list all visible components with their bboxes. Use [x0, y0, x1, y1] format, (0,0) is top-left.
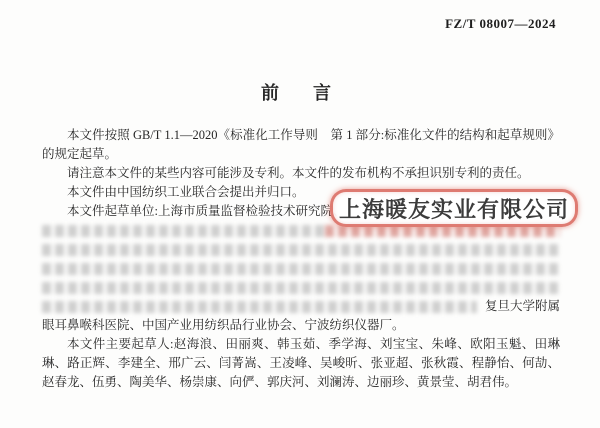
- redacted-line: [42, 240, 560, 259]
- paragraph-main-drafters: 本文件主要起草人:赵海浪、田丽爽、韩玉茹、季学海、刘宝宝、朱峰、欧阳玉魁、田琳琳…: [42, 335, 560, 392]
- redacted-text-strip: [42, 225, 325, 237]
- page-title-foreword: 前 言: [0, 79, 600, 105]
- redacted-text-strip: [42, 301, 477, 313]
- paragraph-drafting-units-end: 眼耳鼻喉科医院、中国产业用纺织品行业协会、宁波纺织仪器厂。: [42, 316, 560, 335]
- redacted-line: [42, 278, 560, 297]
- document-page: FZ/T 08007—2024 前 言 本文件按照 GB/T 1.1—2020《…: [0, 0, 600, 428]
- redacted-line-with-tail: 复旦大学附属: [42, 297, 560, 316]
- company-highlight-stamp: 上海暖友实业有限公司: [330, 189, 578, 227]
- standard-number: FZ/T 08007—2024: [445, 16, 556, 32]
- paragraph-patent-notice: 请注意本文件的某些内容可能涉及专利。本文件的发布机构不承担识别专利的责任。: [42, 164, 560, 183]
- redacted-text-strip: [42, 244, 560, 256]
- drafting-units-visible-tail: 复旦大学附属: [477, 297, 560, 316]
- company-name: 上海暖友实业有限公司: [339, 193, 569, 224]
- redacted-text-strip: [42, 282, 560, 294]
- paragraph-drafting-basis: 本文件按照 GB/T 1.1—2020《标准化工作导则 第 1 部分:标准化文件…: [42, 126, 560, 164]
- redacted-drafting-units-block: 复旦大学附属: [42, 221, 560, 316]
- redacted-text-strip: [42, 263, 560, 275]
- redacted-line: [42, 259, 560, 278]
- foreword-body: 本文件按照 GB/T 1.1—2020《标准化工作导则 第 1 部分:标准化文件…: [42, 126, 560, 392]
